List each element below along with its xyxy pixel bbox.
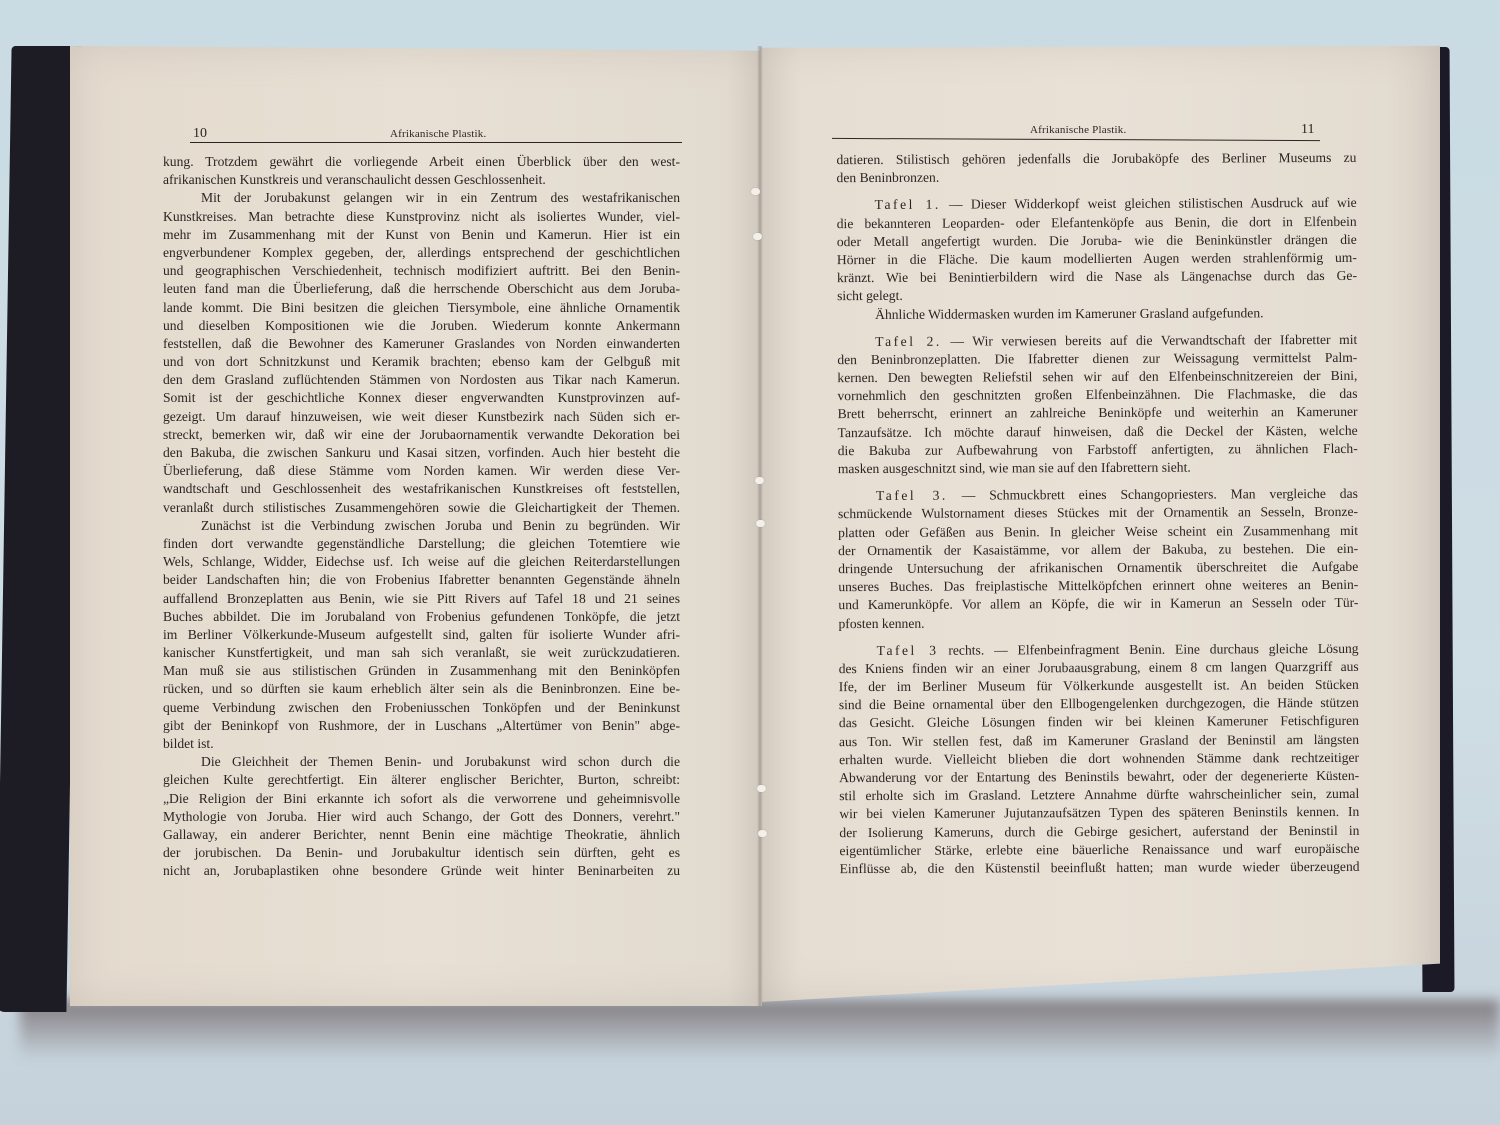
text-line: streckt, bemerken wir, daß wir eine der … [163,426,680,444]
text-line: queme Verbindung zwischen den Frobeniuss… [163,699,680,717]
text-line: feststellen, daß die Bewohner des Kameru… [163,335,680,353]
text-line: Somit ist der geschichtliche Konnex dies… [163,389,680,407]
binding-stitch [758,830,767,837]
text-line: Abwanderung vor der Entartung des Benins… [839,767,1359,787]
text-line: im Berliner Völkerkunde-Museum aufgestel… [163,626,680,644]
plate-label: Tafel 2. [875,333,942,348]
text-line-content: — Schmuckbrett eines Schangopriesters. M… [948,486,1358,503]
text-line: wir bei vielen Kameruner Jujutanzaufsätz… [839,803,1359,823]
text-line: Tanzaufsätze. Ich möchte darauf hinweise… [838,421,1358,441]
book-shadow [20,1000,1500,1060]
text-line: Kunstkreises. Man betrachte diese Kunstp… [163,208,680,226]
text-line: oder Metall angefertigt wurden. Die Joru… [837,231,1357,251]
text-line: die bekannteren Leoparden- oder Elefante… [837,212,1357,232]
text-line: sind die Beine ornamental über den Ellbo… [839,694,1359,714]
book-cover-left [0,46,82,1012]
text-line: und von dort Schnitzkunst und Keramik br… [163,353,680,371]
text-line: gibt der Beninkopf von Rushmore, der in … [163,717,680,735]
text-line: kung. Trotzdem gewährt die vorliegende A… [163,153,680,171]
text-line: schmückende Wulstornament dieses Stückes… [838,503,1358,523]
text-line: engverbundener Komplex gegeben, der, all… [163,244,680,262]
page-number-right: 11 [1301,122,1314,138]
text-line: eigentümlicher Stärke, erlebte eine bäue… [839,840,1359,860]
left-page-body: kung. Trotzdem gewährt die vorliegende A… [163,153,680,881]
text-line: Mit der Jorubakunst gelangen wir in ein … [163,189,680,207]
left-page: 10 Afrikanische Plastik. kung. Trotzdem … [70,46,762,1006]
text-line: Tafel 1. — Dieser Widderkopf weist gleic… [837,194,1357,214]
text-line: sicht gelegt. [837,285,1357,305]
text-line: und Kamerunköpfe. Vor allem an Köpfe, di… [838,594,1358,614]
text-line: und geographischen Verschiedenheit, tech… [163,262,680,280]
text-line: datieren. Stilistisch gehören jedenfalls… [836,149,1356,169]
text-line: Einflüsse ab, die den Küstenstil beeinfl… [840,858,1360,878]
text-line: masken ausgeschnitzt sind, wie man sie a… [838,458,1358,478]
text-line: Ife, der im Berliner Museum für Völkerku… [839,676,1359,696]
text-line: Überlieferung, daß diese Stämme vom Nord… [163,462,680,480]
header-rule-left [190,142,682,143]
text-line: pfosten kennen. [838,612,1358,632]
running-head-right: Afrikanische Plastik. [1030,124,1126,136]
text-line: unseres Buches. Das freiplastische Mitte… [838,576,1358,596]
text-line: den dem Grasland zuflüchtenden Stämmen v… [163,371,680,389]
text-line: kernen. Den bewegten Reliefstil sehen wi… [837,367,1357,387]
right-page-body: datieren. Stilistisch gehören jedenfalls… [836,149,1359,878]
text-line: des Kniens finden wir an einer Jorubaaus… [839,658,1359,678]
text-line: afrikanischen Kunstkreis und veranschaul… [163,171,680,189]
text-line-content: — Dieser Widderkopf weist gleichen stili… [941,195,1357,212]
text-line: Die Gleichheit der Themen Benin- und Jor… [163,753,680,771]
text-line: gezeigt. Um darauf hinzuweisen, wie weit… [163,408,680,426]
text-line: Mythologie von Joruba. Hier wird auch Sc… [163,808,680,826]
text-line: den Beninbronzen. [836,167,1356,187]
text-line: lande kommt. Die Bini besitzen die gleic… [163,299,680,317]
text-line: Buches abbildet. Die im Jorubaland von F… [163,608,680,626]
plate-label: Tafel 3. [876,488,948,503]
plate-label: Tafel 3 [877,642,939,657]
text-line: dringende Untersuchung der afrikanischen… [838,558,1358,578]
text-line: Ähnliche Widdermasken wurden im Kamerune… [837,303,1357,323]
text-line: und dieselben Kompositionen wie die Joru… [163,317,680,335]
text-line: mehr im Zusammenhang mit der Kunst von B… [163,226,680,244]
text-line: Tafel 3. — Schmuckbrett eines Schangopri… [838,485,1358,505]
text-line-content: rechts. — Elfenbeinfragment Benin. Eine … [938,641,1358,658]
binding-stitch [751,188,760,195]
right-page: Afrikanische Plastik. 11 datieren. Stili… [760,42,1440,1002]
text-line: Tafel 2. — Wir verwiesen bereits auf die… [837,331,1357,351]
text-line: Tafel 3 rechts. — Elfenbeinfragment Beni… [839,640,1359,660]
text-line: stil erholte sich im Grasland. Letztere … [839,785,1359,805]
text-line: wandtschaft und Geschlossenheit des west… [163,480,680,498]
text-line: kanischer Kunstfertigkeit, und man sah s… [163,644,680,662]
running-head-left: Afrikanische Plastik. [390,128,486,140]
text-line: den Bakuba, die zwischen Sankuru und Kas… [163,444,680,462]
binding-stitch [757,785,766,792]
text-line: aus Ton. Wir stellen fest, daß im Kameru… [839,730,1359,750]
text-line: rücken, und so dürften sie kaum erheblic… [163,680,680,698]
text-line: platten oder Gefäßen aus Benin. In gleic… [838,521,1358,541]
text-line: den Beninbronzeplatten. Die Ifabretter d… [837,349,1357,369]
text-line: kränzt. Wie bei Benintierbildern wird di… [837,267,1357,287]
text-line: nicht an, Jorubaplastiken ohne besondere… [163,862,680,880]
text-line: der Ornamentik der Kasaistämme, vor alle… [838,540,1358,560]
text-line: erhalten wurde. Vielleicht blieben die d… [839,749,1359,769]
text-line: der Isolierung Kameruns, durch die Gebir… [839,821,1359,841]
text-line: leuten fand man die Überlieferung, daß d… [163,280,680,298]
text-line: Wels, Schlange, Widder, Eidechse usf. Ic… [163,553,680,571]
text-line: bildet ist. [163,735,680,753]
text-line: auffallend Bronzeplatten aus Benin, wie … [163,590,680,608]
text-line: vornehmlich den geschnitzten großen Elfe… [837,385,1357,405]
text-line: gleichen Kulte gerechtfertigt. Ein älter… [163,771,680,789]
text-line: Zunächst ist die Verbindung zwischen Jor… [163,517,680,535]
text-line-content: — Wir verwiesen bereits auf die Verwandt… [942,332,1358,349]
text-line: Man muß sie aus stilistischen Gründen in… [163,662,680,680]
text-line: finden dort verwandte gegenständliche Da… [163,535,680,553]
header-rule-right [832,138,1320,141]
text-line: beider Landschaften hin; die von Frobeni… [163,571,680,589]
page-number-left: 10 [193,126,207,142]
text-line: Gallaway, ein anderer Berichter, nennt B… [163,826,680,844]
binding-stitch [756,520,765,527]
text-line: Hörner in die Fläche. Die kaum modellier… [837,249,1357,269]
text-line: die Bakuba zur Aufbewahrung von Farbstof… [838,440,1358,460]
text-line: veranlaßt durch stilistisches Zusammenge… [163,499,680,517]
text-line: Brett beherrscht, erinnert an zahlreiche… [838,403,1358,423]
binding-stitch [753,233,762,240]
text-line: der jorubischen. Da Benin- und Jorubakul… [163,844,680,862]
text-line: „Die Religion der Bini erkannte ich sofo… [163,790,680,808]
plate-label: Tafel 1. [875,197,941,212]
text-line: das Gesicht. Gleiche Lösungen finden wir… [839,712,1359,732]
binding-stitch [755,477,764,484]
